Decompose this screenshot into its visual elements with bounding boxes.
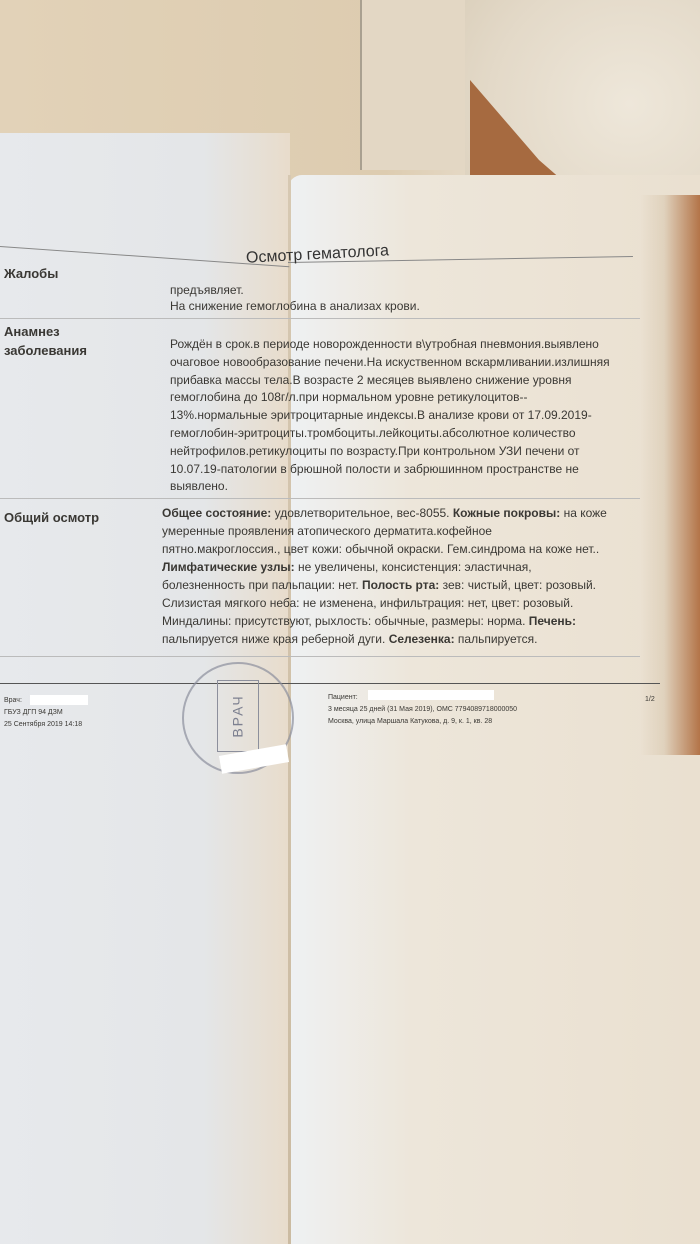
anamnesis-line: прибавка массы тела.В возрасте 2 месяцев… <box>170 372 571 390</box>
page-number: 1/2 <box>645 694 655 705</box>
section-label-complaints: Жалобы <box>4 266 58 281</box>
field-label: Общее состояние: <box>162 506 271 520</box>
field-value: удовлетворительное, вес-8055. <box>271 506 453 520</box>
field-value: пятно.макроглоссия., цвет кожи: обычной … <box>162 542 599 556</box>
section-label-general-exam: Общий осмотр <box>4 510 99 525</box>
field-label: Печень: <box>529 614 576 628</box>
complaints-line: предъявляет. <box>170 282 244 300</box>
field-value: не увеличены, консистенция: эластичная, <box>295 560 532 574</box>
field-value: Слизистая мягкого неба: не изменена, инф… <box>162 596 573 610</box>
general-exam-line: Миндалины: присутствуют, рыхлость: обычн… <box>162 613 576 631</box>
field-value: зев: чистый, цвет: розовый. <box>439 578 596 592</box>
section-label-anamnesis-1: Анамнез <box>4 324 60 339</box>
stamp-label: ВРАЧ <box>217 680 259 752</box>
redacted-patient-name <box>368 690 494 700</box>
redacted-doctor-name <box>30 695 88 705</box>
general-exam-line: Лимфатические узлы: не увеличены, консис… <box>162 559 532 577</box>
general-exam-line: пальпируется ниже края реберной дуги. Се… <box>162 631 537 649</box>
complaints-line: На снижение гемоглобина в анализах крови… <box>170 298 420 316</box>
field-value: пальпируется. <box>455 632 538 646</box>
field-value: умеренные проявления атопического дермат… <box>162 524 492 538</box>
patient-age-oms: 3 месяца 25 дней (31 Мая 2019), ОМС 7794… <box>328 704 517 715</box>
general-exam-line: пятно.макроглоссия., цвет кожи: обычной … <box>162 541 599 559</box>
anamnesis-line: 13%.нормальные эритроцитарные индексы.В … <box>170 407 592 425</box>
clinic-name: ГБУЗ ДГП 94 ДЗМ <box>4 707 63 718</box>
field-label: Лимфатические узлы: <box>162 560 295 574</box>
general-exam-line: болезненность при пальпации: нет. Полост… <box>162 577 596 595</box>
patient-label: Пациент: <box>328 692 358 703</box>
field-label: Полость рта: <box>362 578 439 592</box>
section-divider <box>0 656 640 657</box>
section-label-anamnesis-2: заболевания <box>4 343 87 358</box>
section-divider <box>0 318 640 319</box>
doctor-label: Врач: <box>4 695 22 706</box>
patient-address: Москва, улица Маршала Катукова, д. 9, к.… <box>328 716 492 727</box>
anamnesis-line: гемоглобина до 108г/л.при нормальном уро… <box>170 389 527 407</box>
anamnesis-line: Рождён в срок.в периоде новорожденности … <box>170 336 599 354</box>
anamnesis-line: очаговое новообразование печени.На искус… <box>170 354 610 372</box>
field-label: Кожные покровы: <box>453 506 560 520</box>
exam-datetime: 25 Сентября 2019 14:18 <box>4 719 82 730</box>
anamnesis-line: 10.07.19-патологии в брюшной полости и з… <box>170 461 579 479</box>
general-exam-line: Слизистая мягкого неба: не изменена, инф… <box>162 595 573 613</box>
general-exam-line: умеренные проявления атопического дермат… <box>162 523 492 541</box>
field-value: пальпируется ниже края реберной дуги. <box>162 632 389 646</box>
field-label: Селезенка: <box>389 632 455 646</box>
anamnesis-line: нейтрофилов.ретикулоциты по возрасту.При… <box>170 443 580 461</box>
anamnesis-line: выявлено. <box>170 478 228 496</box>
background-paper-sheet <box>360 0 474 170</box>
anamnesis-line: гемоглобин-эритроциты.тромбоциты.лейкоци… <box>170 425 576 443</box>
field-value: Миндалины: присутствуют, рыхлость: обычн… <box>162 614 529 628</box>
table-edge <box>640 195 700 755</box>
stamp-text: ВРАЧ <box>230 694 246 737</box>
field-value: на коже <box>560 506 607 520</box>
general-exam-line: Общее состояние: удовлетворительное, вес… <box>162 505 607 523</box>
field-value: болезненность при пальпации: нет. <box>162 578 362 592</box>
footer-rule <box>0 683 660 684</box>
section-divider <box>0 498 640 499</box>
